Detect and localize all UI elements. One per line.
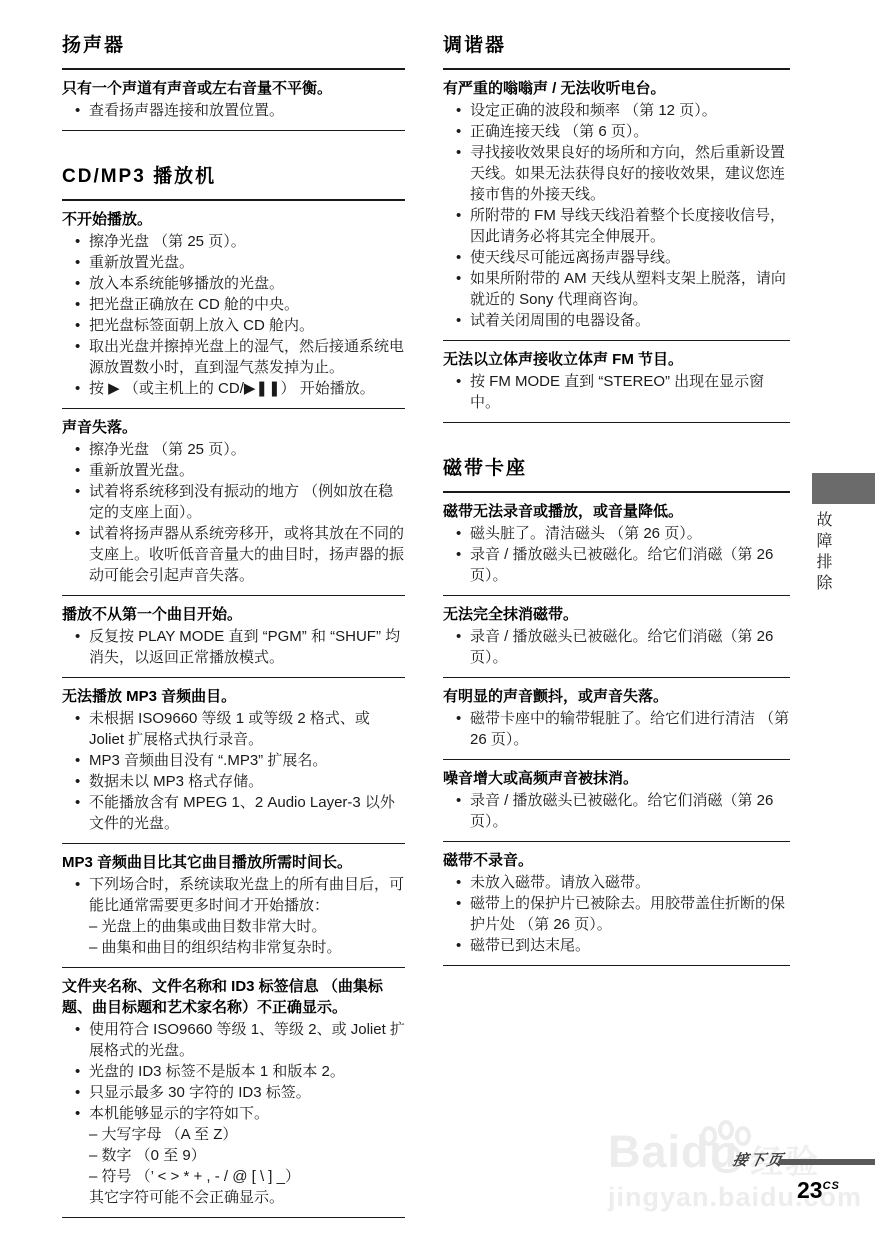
section-title: 调谐器 [443, 30, 790, 57]
left-column: 扬声器只有一个声道有声音或左右音量不平衡。查看扬声器连接和放置位置。CD/MP3… [62, 30, 405, 1240]
solution-list: 使用符合 ISO9660 等级 1、等级 2、或 Joliet 扩展格式的光盘。… [62, 1019, 405, 1208]
solution-subline: 其它字符可能不会正确显示。 [89, 1187, 405, 1208]
solution-item: 放入本系统能够播放的光盘。 [62, 273, 405, 294]
solution-subline: – 曲集和曲目的组织结构非常复杂时。 [89, 937, 405, 958]
section-speakers: 扬声器只有一个声道有声音或左右音量不平衡。查看扬声器连接和放置位置。 [62, 30, 405, 131]
solution-list: 擦净光盘 （第 25 页）。重新放置光盘。放入本系统能够播放的光盘。把光盘正确放… [62, 231, 405, 399]
manual-page: 扬声器只有一个声道有声音或左右音量不平衡。查看扬声器连接和放置位置。CD/MP3… [0, 0, 875, 1240]
solution-item: 光盘的 ID3 标签不是版本 1 和版本 2。 [62, 1061, 405, 1082]
solution-item: 本机能够显示的字符如下。– 大写字母 （A 至 Z）– 数字 （0 至 9）– … [62, 1103, 405, 1208]
solution-text: 放入本系统能够播放的光盘。 [89, 275, 284, 292]
section-tuner: 调谐器有严重的嗡嗡声 / 无法收听电台。设定正确的波段和频率 （第 12 页）。… [443, 30, 790, 423]
solution-text: 所附带的 FM 导线天线沿着整个长度接收信号，因此请务必将其完全伸展开。 [470, 207, 785, 245]
solution-item: 按 ▶ （或主机上的 CD/▶❚❚） 开始播放。 [62, 378, 405, 399]
solution-text: 光盘的 ID3 标签不是版本 1 和版本 2。 [89, 1063, 345, 1080]
solution-list: 反复按 PLAY MODE 直到 “PGM” 和 “SHUF” 均消失，以返回正… [62, 626, 405, 668]
solution-list: 未放入磁带。请放入磁带。磁带上的保护片已被除去。用胶带盖住折断的保护片处 （第 … [443, 872, 790, 956]
solution-text: 查看扬声器连接和放置位置。 [89, 102, 284, 119]
trouble-block: 不开始播放。擦净光盘 （第 25 页）。重新放置光盘。放入本系统能够播放的光盘。… [62, 201, 405, 409]
solution-list: 未根据 ISO9660 等级 1 或等级 2 格式、或 Joliet 扩展格式执… [62, 708, 405, 834]
solution-list: 磁带卡座中的输带辊脏了。给它们进行清洁 （第 26 页）。 [443, 708, 790, 750]
problem-statement: 只有一个声道有声音或左右音量不平衡。 [62, 78, 405, 99]
problem-statement: 磁带不录音。 [443, 850, 790, 871]
solution-text: 录音 / 播放磁头已被磁化。给它们消磁（第 26 页）。 [470, 546, 773, 584]
solution-text: 正确连接天线 （第 6 页）。 [470, 123, 648, 140]
problem-statement: 播放不从第一个曲目开始。 [62, 604, 405, 625]
problem-statement: 噪音增大或高频声音被抹消。 [443, 768, 790, 789]
solution-text: 磁头脏了。清洁磁头 （第 26 页）。 [470, 525, 702, 542]
section-blocks: 磁带无法录音或播放，或音量降低。磁头脏了。清洁磁头 （第 26 页）。录音 / … [443, 491, 790, 966]
solution-item: 试着关闭周围的电器设备。 [443, 310, 790, 331]
solution-item: 使用符合 ISO9660 等级 1、等级 2、或 Joliet 扩展格式的光盘。 [62, 1019, 405, 1061]
trouble-block: 有严重的嗡嗡声 / 无法收听电台。设定正确的波段和频率 （第 12 页）。正确连… [443, 70, 790, 341]
trouble-block: MP3 音频曲目比其它曲目播放所需时间长。下列场合时，系统读取光盘上的所有曲目后… [62, 844, 405, 968]
solution-item: 按 FM MODE 直到 “STEREO” 出现在显示窗中。 [443, 371, 790, 413]
page-number: 23CS [797, 1177, 840, 1204]
right-column: 调谐器有严重的嗡嗡声 / 无法收听电台。设定正确的波段和频率 （第 12 页）。… [443, 30, 790, 1240]
solution-list: 查看扬声器连接和放置位置。 [62, 100, 405, 121]
text-columns: 扬声器只有一个声道有声音或左右音量不平衡。查看扬声器连接和放置位置。CD/MP3… [0, 0, 875, 1240]
solution-item: 不能播放含有 MPEG 1、2 Audio Layer-3 以外文件的光盘。 [62, 792, 405, 834]
solution-list: 按 FM MODE 直到 “STEREO” 出现在显示窗中。 [443, 371, 790, 413]
page-number-suffix: CS [823, 1180, 840, 1192]
continued-marker: 接下页 [731, 1149, 786, 1170]
solution-list: 磁头脏了。清洁磁头 （第 26 页）。录音 / 播放磁头已被磁化。给它们消磁（第… [443, 523, 790, 586]
trouble-block: 磁带不录音。未放入磁带。请放入磁带。磁带上的保护片已被除去。用胶带盖住折断的保护… [443, 842, 790, 966]
solution-text: 擦净光盘 （第 25 页）。 [89, 441, 246, 458]
section-tape-deck: 磁带卡座磁带无法录音或播放，或音量降低。磁头脏了。清洁磁头 （第 26 页）。录… [443, 453, 790, 966]
solution-text: 磁带已到达末尾。 [470, 937, 590, 954]
solution-list: 录音 / 播放磁头已被磁化。给它们消磁（第 26 页）。 [443, 626, 790, 668]
solution-item: 录音 / 播放磁头已被磁化。给它们消磁（第 26 页）。 [443, 544, 790, 586]
solution-item: 磁头脏了。清洁磁头 （第 26 页）。 [443, 523, 790, 544]
solution-list: 录音 / 播放磁头已被磁化。给它们消磁（第 26 页）。 [443, 790, 790, 832]
solution-list: 擦净光盘 （第 25 页）。重新放置光盘。试着将系统移到没有振动的地方 （例如放… [62, 439, 405, 586]
problem-statement: 无法完全抹消磁带。 [443, 604, 790, 625]
solution-text: 寻找接收效果良好的场所和方向，然后重新设置天线。如果无法获得良好的接收效果，建议… [470, 144, 785, 203]
trouble-block: 无法播放 MP3 音频曲目。未根据 ISO9660 等级 1 或等级 2 格式、… [62, 678, 405, 844]
solution-item: 擦净光盘 （第 25 页）。 [62, 231, 405, 252]
section-blocks: 只有一个声道有声音或左右音量不平衡。查看扬声器连接和放置位置。 [62, 68, 405, 131]
solution-item: 下列场合时，系统读取光盘上的所有曲目后，可能比通常需要更多时间才开始播放：– 光… [62, 874, 405, 958]
solution-item: 未根据 ISO9660 等级 1 或等级 2 格式、或 Joliet 扩展格式执… [62, 708, 405, 750]
solution-text: 只显示最多 30 字符的 ID3 标签。 [89, 1084, 311, 1101]
solution-text: 重新放置光盘。 [89, 462, 194, 479]
solution-text: 重新放置光盘。 [89, 254, 194, 271]
section-blocks: 不开始播放。擦净光盘 （第 25 页）。重新放置光盘。放入本系统能够播放的光盘。… [62, 199, 405, 1218]
solution-text: 试着关闭周围的电器设备。 [470, 312, 650, 329]
problem-statement: 不开始播放。 [62, 209, 405, 230]
solution-item: 试着将系统移到没有振动的地方 （例如放在稳定的支座上面）。 [62, 481, 405, 523]
solution-text: 未放入磁带。请放入磁带。 [470, 874, 650, 891]
solution-text: 把光盘正确放在 CD 舱的中央。 [89, 296, 299, 313]
solution-item: MP3 音频曲目没有 “.MP3” 扩展名。 [62, 750, 405, 771]
solution-text: 磁带卡座中的输带辊脏了。给它们进行清洁 （第 26 页）。 [470, 710, 789, 748]
solution-item: 反复按 PLAY MODE 直到 “PGM” 和 “SHUF” 均消失，以返回正… [62, 626, 405, 668]
page-number-value: 23 [797, 1177, 823, 1203]
problem-statement: 无法播放 MP3 音频曲目。 [62, 686, 405, 707]
section-cd-mp3-player: CD/MP3 播放机不开始播放。擦净光盘 （第 25 页）。重新放置光盘。放入本… [62, 161, 405, 1218]
trouble-block: 无法以立体声接收立体声 FM 节目。按 FM MODE 直到 “STEREO” … [443, 341, 790, 423]
solution-text: 擦净光盘 （第 25 页）。 [89, 233, 246, 250]
solution-item: 寻找接收效果良好的场所和方向，然后重新设置天线。如果无法获得良好的接收效果，建议… [443, 142, 790, 205]
solution-text: 试着将系统移到没有振动的地方 （例如放在稳定的支座上面）。 [89, 483, 393, 521]
solution-text: 按 ▶ （或主机上的 CD/▶❚❚） 开始播放。 [89, 380, 375, 397]
solution-item: 未放入磁带。请放入磁带。 [443, 872, 790, 893]
trouble-block: 噪音增大或高频声音被抹消。录音 / 播放磁头已被磁化。给它们消磁（第 26 页）… [443, 760, 790, 842]
solution-text: 试着将扬声器从系统旁移开，或将其放在不同的支座上。收听低音音量大的曲目时，扬声器… [89, 525, 404, 584]
solution-text: 数据未以 MP3 格式存储。 [89, 773, 263, 790]
solution-subline: – 光盘上的曲集或曲目数非常大时。 [89, 916, 405, 937]
trouble-block: 只有一个声道有声音或左右音量不平衡。查看扬声器连接和放置位置。 [62, 70, 405, 131]
solution-item: 把光盘正确放在 CD 舱的中央。 [62, 294, 405, 315]
solution-text: 不能播放含有 MPEG 1、2 Audio Layer-3 以外文件的光盘。 [89, 794, 395, 832]
solution-list: 下列场合时，系统读取光盘上的所有曲目后，可能比通常需要更多时间才开始播放：– 光… [62, 874, 405, 958]
solution-item: 磁带卡座中的输带辊脏了。给它们进行清洁 （第 26 页）。 [443, 708, 790, 750]
solution-item: 磁带已到达末尾。 [443, 935, 790, 956]
solution-item: 录音 / 播放磁头已被磁化。给它们消磁（第 26 页）。 [443, 626, 790, 668]
section-blocks: 有严重的嗡嗡声 / 无法收听电台。设定正确的波段和频率 （第 12 页）。正确连… [443, 68, 790, 423]
solution-text: 磁带上的保护片已被除去。用胶带盖住折断的保护片处 （第 26 页）。 [470, 895, 785, 933]
solution-item: 所附带的 FM 导线天线沿着整个长度接收信号，因此请务必将其完全伸展开。 [443, 205, 790, 247]
solution-subline: – 符号 （’ < > * + , - / @ [ \ ] _） [89, 1166, 405, 1187]
trouble-block: 播放不从第一个曲目开始。反复按 PLAY MODE 直到 “PGM” 和 “SH… [62, 596, 405, 678]
solution-item: 磁带上的保护片已被除去。用胶带盖住折断的保护片处 （第 26 页）。 [443, 893, 790, 935]
problem-statement: MP3 音频曲目比其它曲目播放所需时间长。 [62, 852, 405, 873]
problem-statement: 无法以立体声接收立体声 FM 节目。 [443, 349, 790, 370]
solution-subline: – 数字 （0 至 9） [89, 1145, 405, 1166]
solution-item: 把光盘标签面朝上放入 CD 舱内。 [62, 315, 405, 336]
solution-text: 取出光盘并擦掉光盘上的湿气，然后接通系统电源放置数小时，直到湿气蒸发掉为止。 [89, 338, 404, 376]
solution-item: 使天线尽可能远离扬声器导线。 [443, 247, 790, 268]
solution-list: 设定正确的波段和频率 （第 12 页）。正确连接天线 （第 6 页）。寻找接收效… [443, 100, 790, 331]
problem-statement: 有严重的嗡嗡声 / 无法收听电台。 [443, 78, 790, 99]
solution-text: 下列场合时，系统读取光盘上的所有曲目后，可能比通常需要更多时间才开始播放： [89, 876, 404, 914]
solution-text: 使用符合 ISO9660 等级 1、等级 2、或 Joliet 扩展格式的光盘。 [89, 1021, 405, 1059]
problem-statement: 文件夹名称、文件名称和 ID3 标签信息 （曲集标题、曲目标题和艺术家名称）不正… [62, 976, 405, 1018]
section-title: 扬声器 [62, 30, 405, 57]
side-tab-label: 故障排除 [811, 511, 834, 595]
solution-text: 反复按 PLAY MODE 直到 “PGM” 和 “SHUF” 均消失，以返回正… [89, 628, 400, 666]
footer-bar [779, 1159, 875, 1165]
solution-text: 录音 / 播放磁头已被磁化。给它们消磁（第 26 页）。 [470, 792, 773, 830]
trouble-block: 无法完全抹消磁带。录音 / 播放磁头已被磁化。给它们消磁（第 26 页）。 [443, 596, 790, 678]
solution-text: 本机能够显示的字符如下。 [89, 1105, 269, 1122]
solution-text: 未根据 ISO9660 等级 1 或等级 2 格式、或 Joliet 扩展格式执… [89, 710, 370, 748]
section-title: CD/MP3 播放机 [62, 161, 405, 188]
solution-item: 擦净光盘 （第 25 页）。 [62, 439, 405, 460]
solution-item: 录音 / 播放磁头已被磁化。给它们消磁（第 26 页）。 [443, 790, 790, 832]
solution-text: 使天线尽可能远离扬声器导线。 [470, 249, 680, 266]
trouble-block: 声音失落。擦净光盘 （第 25 页）。重新放置光盘。试着将系统移到没有振动的地方… [62, 409, 405, 596]
trouble-block: 磁带无法录音或播放，或音量降低。磁头脏了。清洁磁头 （第 26 页）。录音 / … [443, 493, 790, 596]
solution-item: 设定正确的波段和频率 （第 12 页）。 [443, 100, 790, 121]
solution-item: 重新放置光盘。 [62, 252, 405, 273]
problem-statement: 磁带无法录音或播放，或音量降低。 [443, 501, 790, 522]
solution-text: MP3 音频曲目没有 “.MP3” 扩展名。 [89, 752, 327, 769]
side-tab [812, 473, 875, 504]
solution-text: 把光盘标签面朝上放入 CD 舱内。 [89, 317, 314, 334]
solution-item: 数据未以 MP3 格式存储。 [62, 771, 405, 792]
solution-item: 重新放置光盘。 [62, 460, 405, 481]
solution-text: 如果所附带的 AM 天线从塑料支架上脱落，请向就近的 Sony 代理商咨询。 [470, 270, 786, 308]
section-title: 磁带卡座 [443, 453, 790, 480]
solution-text: 按 FM MODE 直到 “STEREO” 出现在显示窗中。 [470, 373, 764, 411]
solution-item: 只显示最多 30 字符的 ID3 标签。 [62, 1082, 405, 1103]
solution-item: 查看扬声器连接和放置位置。 [62, 100, 405, 121]
solution-text: 录音 / 播放磁头已被磁化。给它们消磁（第 26 页）。 [470, 628, 773, 666]
trouble-block: 文件夹名称、文件名称和 ID3 标签信息 （曲集标题、曲目标题和艺术家名称）不正… [62, 968, 405, 1218]
solution-item: 试着将扬声器从系统旁移开，或将其放在不同的支座上。收听低音音量大的曲目时，扬声器… [62, 523, 405, 586]
problem-statement: 有明显的声音颤抖，或声音失落。 [443, 686, 790, 707]
solution-item: 正确连接天线 （第 6 页）。 [443, 121, 790, 142]
solution-item: 取出光盘并擦掉光盘上的湿气，然后接通系统电源放置数小时，直到湿气蒸发掉为止。 [62, 336, 405, 378]
solution-text: 设定正确的波段和频率 （第 12 页）。 [470, 102, 717, 119]
problem-statement: 声音失落。 [62, 417, 405, 438]
solution-item: 如果所附带的 AM 天线从塑料支架上脱落，请向就近的 Sony 代理商咨询。 [443, 268, 790, 310]
trouble-block: 有明显的声音颤抖，或声音失落。磁带卡座中的输带辊脏了。给它们进行清洁 （第 26… [443, 678, 790, 760]
solution-subline: – 大写字母 （A 至 Z） [89, 1124, 405, 1145]
